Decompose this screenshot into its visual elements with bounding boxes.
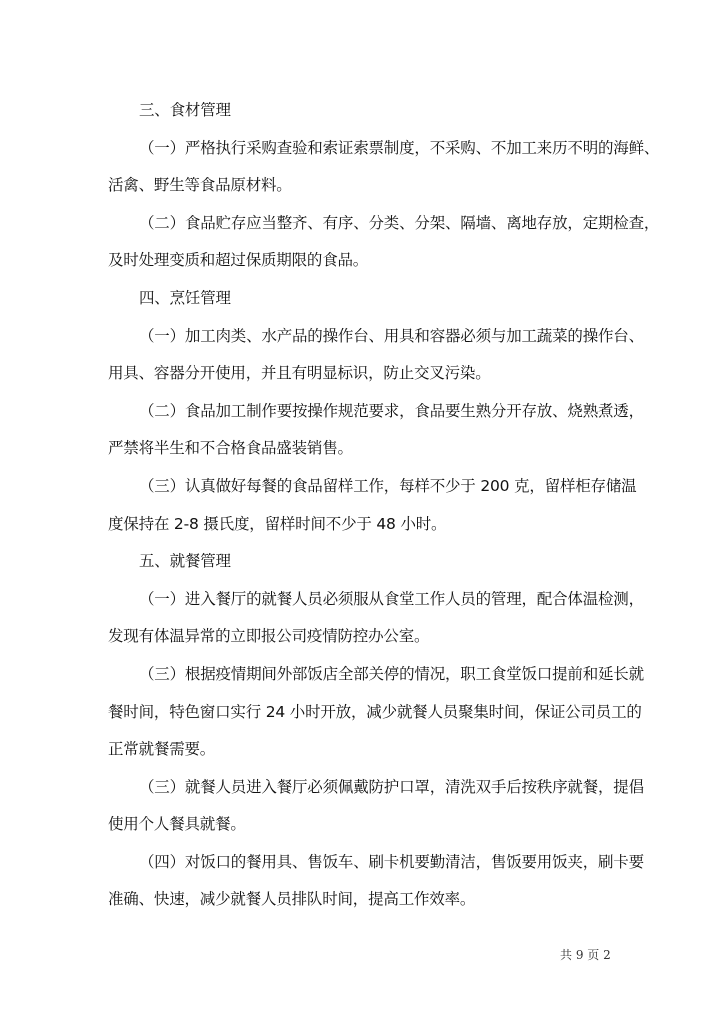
paragraph-line: 严禁将半生和不合格食品盛装销售。 xyxy=(108,430,628,468)
document-page: 三、食材管理 （一）严格执行采购查验和索证索票制度，不采购、不加工来历不明的海鲜… xyxy=(108,92,628,919)
paragraph-line: （三）根据疫情期间外部饭店全部关停的情况，职工食堂饭口提前和延长就 xyxy=(108,656,628,694)
paragraph-line: 活禽、野生等食品原材料。 xyxy=(108,167,628,205)
paragraph-line: 用具、容器分开使用，并且有明显标识，防止交叉污染。 xyxy=(108,355,628,393)
paragraph-line: （二）食品贮存应当整齐、有序、分类、分架、隔墙、离地存放，定期检查， xyxy=(108,205,628,243)
paragraph-line: 度保持在 2-8 摄氏度，留样时间不少于 48 小时。 xyxy=(108,506,628,544)
paragraph-line: 正常就餐需要。 xyxy=(108,731,628,769)
paragraph-line: （三）认真做好每餐的食品留样工作，每样不少于 200 克，留样柜存储温 xyxy=(108,468,628,506)
paragraph-line: 餐时间，特色窗口实行 24 小时开放，减少就餐人员聚集时间，保证公司员工的 xyxy=(108,694,628,732)
paragraph-line: （一）进入餐厅的就餐人员必须服从食堂工作人员的管理，配合体温检测， xyxy=(108,581,628,619)
section-heading: 五、就餐管理 xyxy=(108,543,628,581)
paragraph-line: 及时处理变质和超过保质期限的食品。 xyxy=(108,242,628,280)
paragraph-line: （四）对饭口的餐用具、售饭车、刷卡机要勤清洁，售饭要用饭夹，刷卡要 xyxy=(108,844,628,882)
section-heading: 四、烹饪管理 xyxy=(108,280,628,318)
section-heading: 三、食材管理 xyxy=(108,92,628,130)
paragraph-line: 使用个人餐具就餐。 xyxy=(108,806,628,844)
page-number-footer: 共 9 页 2 xyxy=(560,946,611,963)
paragraph-line: （一）加工肉类、水产品的操作台、用具和容器必须与加工蔬菜的操作台、 xyxy=(108,318,628,356)
paragraph-line: （二）食品加工制作要按操作规范要求，食品要生熟分开存放、烧熟煮透， xyxy=(108,393,628,431)
paragraph-line: 准确、快速，减少就餐人员排队时间，提高工作效率。 xyxy=(108,881,628,919)
paragraph-line: （一）严格执行采购查验和索证索票制度，不采购、不加工来历不明的海鲜、 xyxy=(108,130,628,168)
paragraph-line: （三）就餐人员进入餐厅必须佩戴防护口罩，清洗双手后按秩序就餐，提倡 xyxy=(108,769,628,807)
paragraph-line: 发现有体温异常的立即报公司疫情防控办公室。 xyxy=(108,618,628,656)
